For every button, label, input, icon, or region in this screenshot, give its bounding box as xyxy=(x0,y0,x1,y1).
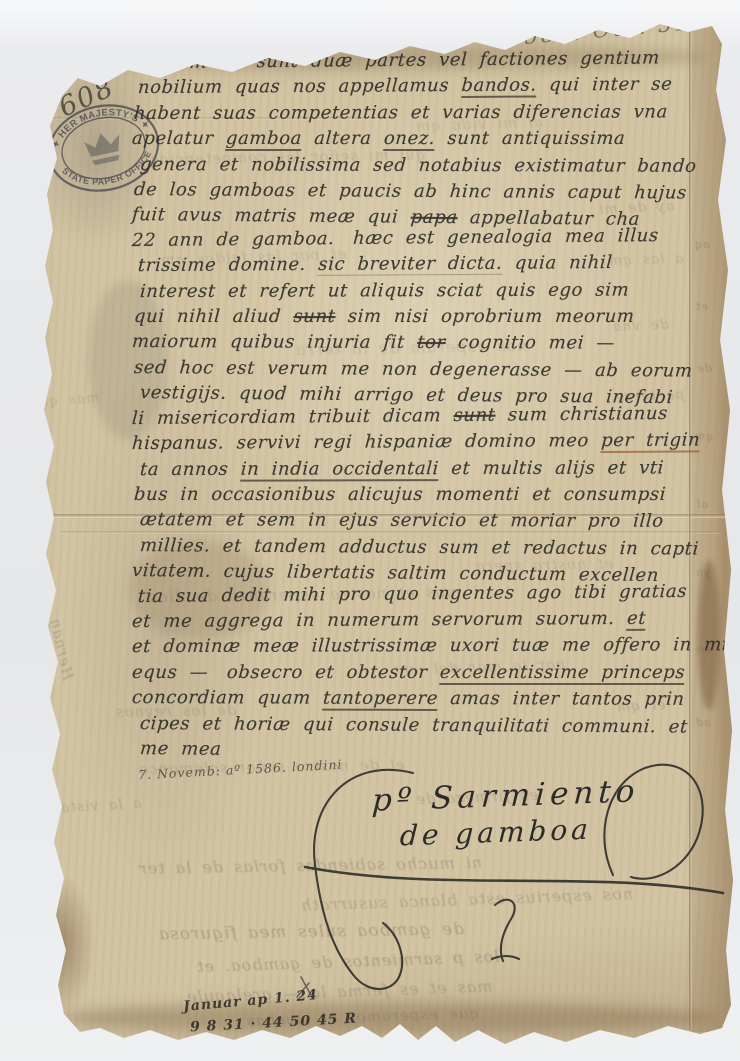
manuscript-line: et dominæ meæ illustrissimæ uxori tuæ me… xyxy=(131,632,723,659)
manuscript-line: et me aggrega in numerum servorum suorum… xyxy=(131,605,723,634)
manuscript-line: millies. et tandem adductus sum et redac… xyxy=(139,533,723,562)
manuscript-line: habent suas competentias et varias difer… xyxy=(133,99,723,126)
manuscript-line: li misericordiam tribuit dicam sunt sum … xyxy=(131,400,723,431)
bleedthrough-text: mas qm xyxy=(34,390,100,411)
manuscript-line: equs — obsecro et obtestor excellentissi… xyxy=(131,660,723,685)
manuscript-body: nam ibi sunt duæ partes vel factiones ge… xyxy=(132,50,722,761)
manuscript-line: apelatur gamboa altera onez. sunt antiqu… xyxy=(131,126,723,151)
manuscript-line: ætatem et sem in ejus servicio et moriar… xyxy=(139,507,723,534)
manuscript-line: hispanus. servivi regi hispaniæ domino m… xyxy=(131,427,723,456)
manuscript-line: ta annos in india occidentali et multis … xyxy=(139,455,723,482)
manuscript-line: genera et nobilissima sed notabius exist… xyxy=(139,152,723,179)
manuscript-line: sed hoc est verum me non degenerasse — a… xyxy=(133,355,723,384)
manuscript-line: qui nihil aliud sunt sim nisi oprobrium … xyxy=(133,304,723,329)
manuscript-line: nam ibi sunt duæ partes vel factiones ge… xyxy=(165,45,723,76)
manuscript-line: de los gamboas et paucis ab hinc annis c… xyxy=(133,177,723,206)
manuscript-line: nobilium quas nos appellamus bandos. qui… xyxy=(137,72,723,101)
manuscript-line: interest et refert ut aliquis sciat quis… xyxy=(139,277,723,304)
document-scan: al mi vida qmqui mi señor las competenci… xyxy=(0,0,740,1061)
manuscript-line: concordiam quam tantoperere amas inter t… xyxy=(131,685,723,712)
manuscript-line: maiorum quibus injuria fit tor cognitio … xyxy=(131,329,723,356)
manuscript-page: al mi vida qmqui mi señor las competenci… xyxy=(0,0,740,1061)
manuscript-line: trissime domine. sic breviter dicta. qui… xyxy=(137,250,723,279)
manuscript-line: tia sua dedit mihi pro quo ingentes ago … xyxy=(137,578,723,609)
bleedthrough-text: a la vista xyxy=(60,796,142,816)
crown-icon xyxy=(83,130,124,167)
bleedthrough-text: Hernan xyxy=(46,616,77,682)
manuscript-line: bus in occasionibus alicujus momenti et … xyxy=(133,482,723,507)
manuscript-line: 22 ann de gamboa. hæc est genealogia mea… xyxy=(131,222,723,253)
signature-name: de gamboa xyxy=(399,813,593,853)
manuscript-line: cipes et horiæ qui consule tranquilitati… xyxy=(139,711,723,740)
